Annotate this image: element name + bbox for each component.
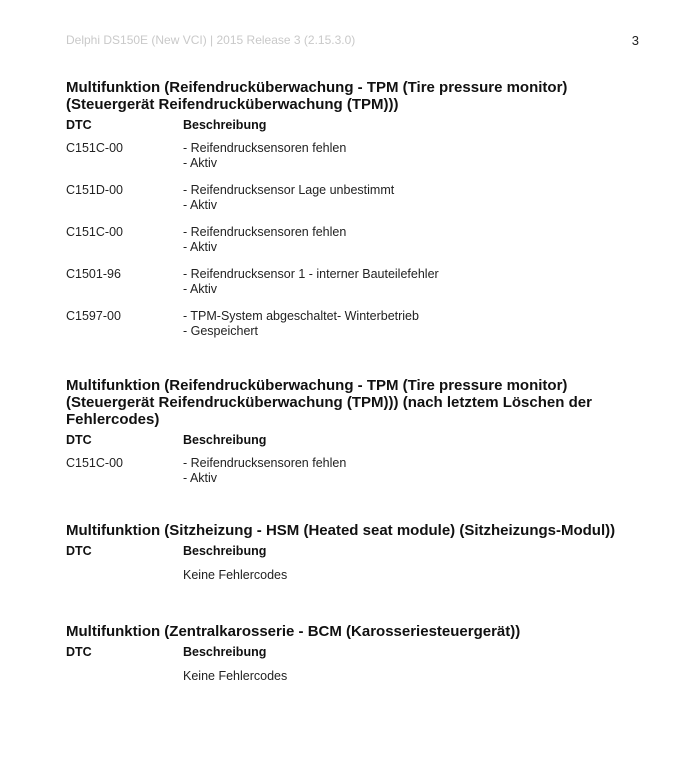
no-codes-text: Keine Fehlercodes <box>66 669 646 683</box>
column-header: DTC Beschreibung <box>66 544 646 560</box>
column-description: Beschreibung <box>183 433 266 449</box>
title-line: Fehlercodes) <box>66 411 646 428</box>
description-line: - Reifendrucksensoren fehlen <box>183 225 346 240</box>
column-header: DTC Beschreibung <box>66 118 646 134</box>
title-line: (Steuergerät Reifendrucküberwachung (TPM… <box>66 394 646 411</box>
no-codes-text: Keine Fehlercodes <box>66 568 646 582</box>
dtc-code: C151C-00 <box>66 141 183 170</box>
document-title: Delphi DS150E (New VCI) | 2015 Release 3… <box>66 33 355 47</box>
description-line: - Reifendrucksensoren fehlen <box>183 141 346 156</box>
status-line: - Gespeichert <box>183 324 419 339</box>
dtc-code: C1501-96 <box>66 267 183 296</box>
title-line: Multifunktion (Sitzheizung - HSM (Heated… <box>66 522 646 539</box>
dtc-code: C151C-00 <box>66 225 183 254</box>
table-row: C1597-00 - TPM-System abgeschaltet- Wint… <box>66 309 646 338</box>
status-line: - Aktiv <box>183 198 394 213</box>
section-tpm-after-clear: Multifunktion (Reifendrucküberwachung - … <box>66 377 646 485</box>
section-tpm: Multifunktion (Reifendrucküberwachung - … <box>66 79 646 338</box>
title-line: Multifunktion (Reifendrucküberwachung - … <box>66 79 646 96</box>
title-line: Multifunktion (Zentralkarosserie - BCM (… <box>66 623 646 640</box>
column-dtc: DTC <box>66 544 183 560</box>
page-number: 3 <box>632 33 639 48</box>
column-header: DTC Beschreibung <box>66 645 646 661</box>
dtc-code: C151C-00 <box>66 456 183 485</box>
column-header: DTC Beschreibung <box>66 433 646 449</box>
dtc-code: C151D-00 <box>66 183 183 212</box>
status-line: - Aktiv <box>183 471 346 486</box>
column-dtc: DTC <box>66 645 183 661</box>
column-dtc: DTC <box>66 433 183 449</box>
section-title: Multifunktion (Sitzheizung - HSM (Heated… <box>66 522 646 539</box>
table-row: C151C-00 - Reifendrucksensoren fehlen- A… <box>66 456 646 485</box>
status-line: - Aktiv <box>183 156 346 171</box>
description-line: - Reifendrucksensoren fehlen <box>183 456 346 471</box>
section-title: Multifunktion (Reifendrucküberwachung - … <box>66 377 646 428</box>
table-row: C151C-00 - Reifendrucksensoren fehlen- A… <box>66 141 646 170</box>
title-line: Multifunktion (Reifendrucküberwachung - … <box>66 377 646 394</box>
title-line: (Steuergerät Reifendrucküberwachung (TPM… <box>66 96 646 113</box>
table-row: C151C-00 - Reifendrucksensoren fehlen- A… <box>66 225 646 254</box>
description-line: - TPM-System abgeschaltet- Winterbetrieb <box>183 309 419 324</box>
description-line: - Reifendrucksensor 1 - interner Bauteil… <box>183 267 439 282</box>
column-description: Beschreibung <box>183 118 266 134</box>
section-bcm: Multifunktion (Zentralkarosserie - BCM (… <box>66 623 646 683</box>
section-title: Multifunktion (Zentralkarosserie - BCM (… <box>66 623 646 640</box>
page-header: Delphi DS150E (New VCI) | 2015 Release 3… <box>66 33 639 49</box>
column-description: Beschreibung <box>183 544 266 560</box>
status-line: - Aktiv <box>183 282 439 297</box>
column-dtc: DTC <box>66 118 183 134</box>
column-description: Beschreibung <box>183 645 266 661</box>
section-hsm: Multifunktion (Sitzheizung - HSM (Heated… <box>66 522 646 582</box>
description-line: - Reifendrucksensor Lage unbestimmt <box>183 183 394 198</box>
table-row: C151D-00 - Reifendrucksensor Lage unbest… <box>66 183 646 212</box>
table-row: C1501-96 - Reifendrucksensor 1 - interne… <box>66 267 646 296</box>
dtc-code: C1597-00 <box>66 309 183 338</box>
status-line: - Aktiv <box>183 240 346 255</box>
section-title: Multifunktion (Reifendrucküberwachung - … <box>66 79 646 113</box>
